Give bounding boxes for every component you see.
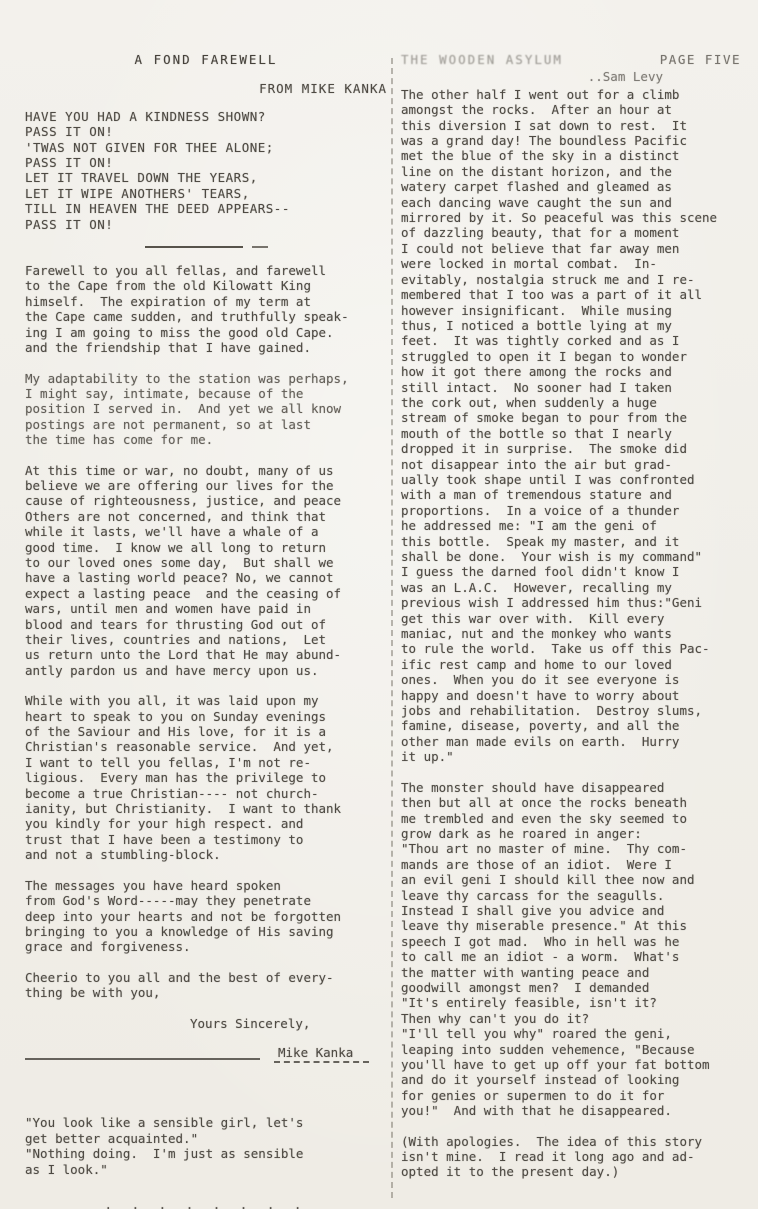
divider-short-segment — [252, 246, 268, 248]
filler-joke-block: "You look like a sensible girl, let's ge… — [25, 1115, 387, 1177]
story-paragraph-2: The monster should have disappeared then… — [401, 780, 751, 1119]
story-paragraph-1: The other half I went out for a climb am… — [401, 87, 751, 765]
signature-row: Mike Kanka — [25, 1045, 387, 1063]
farewell-paragraph-3: At this time or war, no doubt, many of u… — [25, 463, 387, 679]
farewell-paragraph-1: Farewell to you all fellas, and farewell… — [25, 263, 387, 355]
signoff-line: Yours Sincerely, — [25, 1016, 387, 1031]
dots-separator: . . . . . . . . — [25, 1197, 387, 1209]
article-byline: FROM MIKE KANKA — [25, 81, 387, 96]
right-column-header: THE WOODEN ASYLUM PAGE FIVE — [401, 52, 751, 67]
story-body: The other half I went out for a climb am… — [401, 87, 751, 1180]
right-column: THE WOODEN ASYLUM PAGE FIVE ..Sam Levy T… — [401, 52, 751, 1180]
scanned-newsletter-page: A FOND FAREWELL FROM MIKE KANKA HAVE YOU… — [0, 0, 758, 1209]
left-column: A FOND FAREWELL FROM MIKE KANKA HAVE YOU… — [25, 52, 387, 1209]
farewell-paragraph-4: While with you all, it was laid upon my … — [25, 693, 387, 862]
farewell-paragraph-2: My adaptability to the station was perha… — [25, 371, 387, 448]
page-number-label: PAGE FIVE — [660, 52, 751, 67]
newsletter-title: THE WOODEN ASYLUM — [401, 52, 563, 67]
story-apology-note: (With apologies. The idea of this story … — [401, 1134, 751, 1180]
signature-rule — [25, 1058, 260, 1060]
farewell-paragraph-5: The messages you have heard spoken from … — [25, 878, 387, 955]
section-divider — [25, 246, 387, 248]
signature-name: Mike Kanka — [274, 1045, 369, 1063]
article-title: A FOND FAREWELL — [25, 52, 387, 67]
column-separator-rule — [391, 58, 393, 1198]
poem-block: HAVE YOU HAD A KINDNESS SHOWN? PASS IT O… — [25, 109, 387, 232]
farewell-paragraph-6: Cheerio to you all and the best of every… — [25, 970, 387, 1001]
divider-long-segment — [145, 246, 243, 248]
story-byline: ..Sam Levy — [401, 69, 751, 84]
